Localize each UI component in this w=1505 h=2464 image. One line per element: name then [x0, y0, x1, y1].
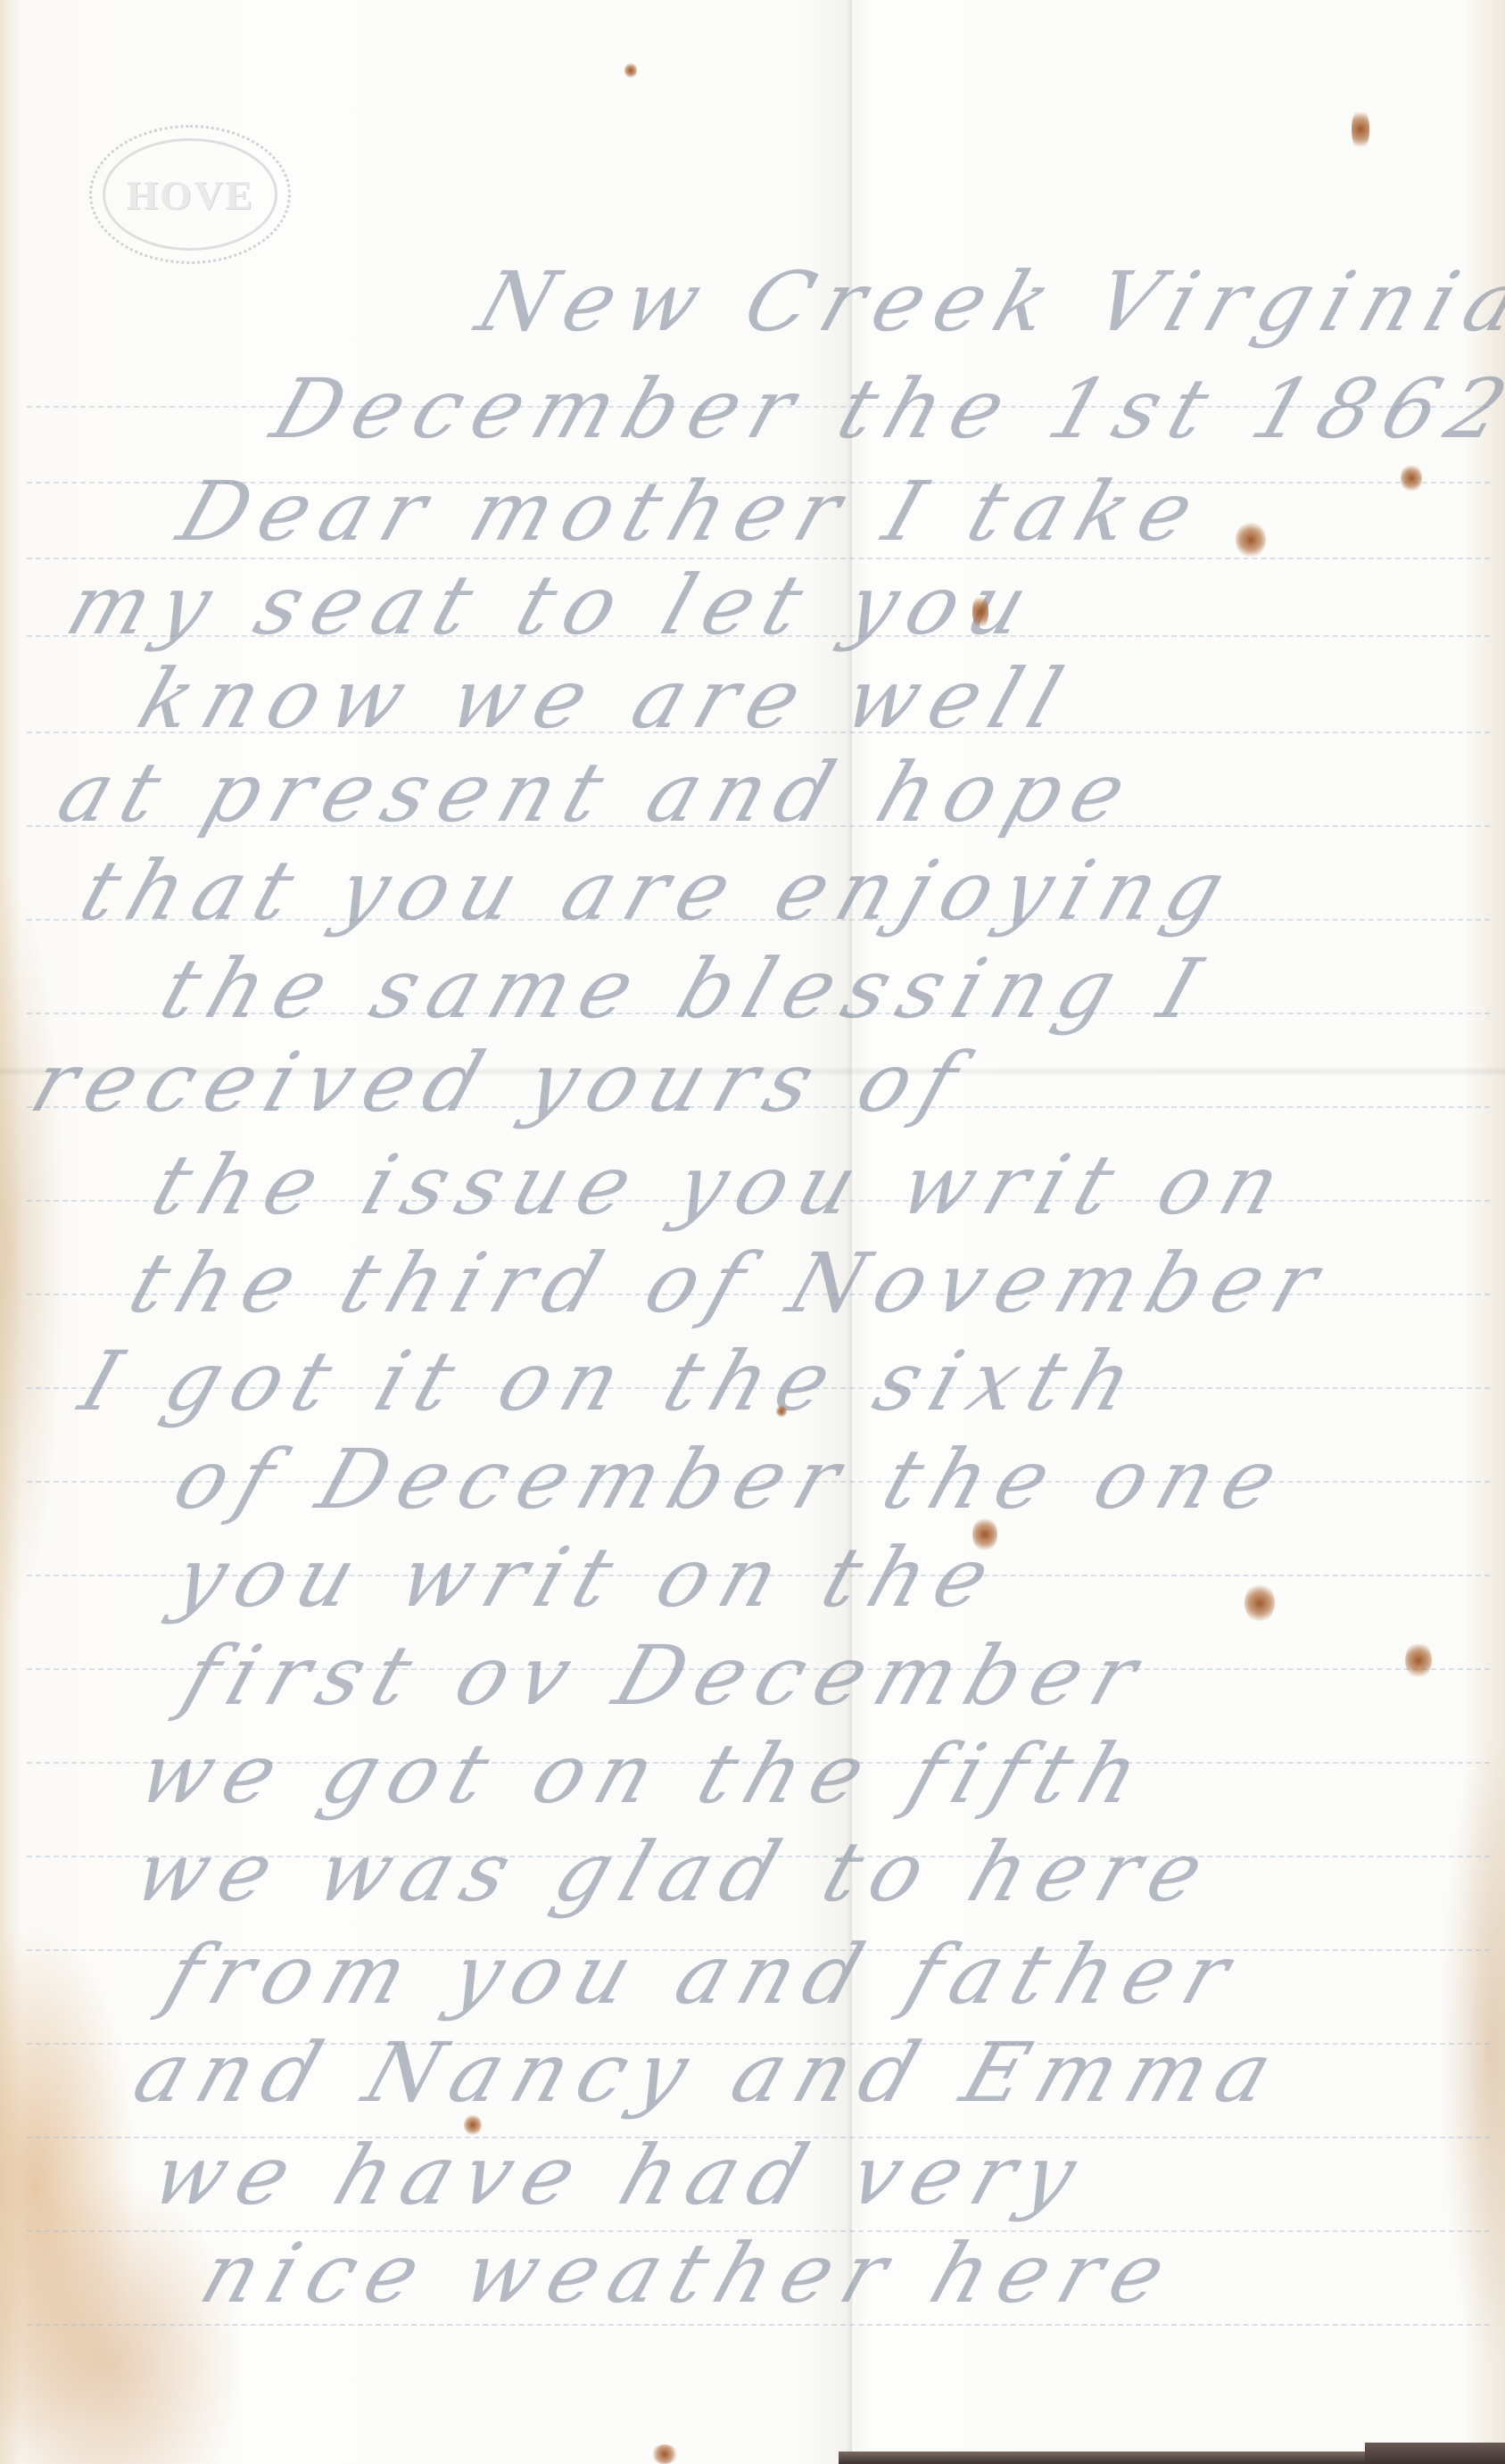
- foxing-stain: [464, 2114, 482, 2136]
- letter-line: we have had very: [141, 2128, 1101, 2223]
- letter-line: know we are well: [128, 651, 1086, 747]
- letter-line: received yours of: [21, 1035, 982, 1130]
- foxing-stain: [1236, 522, 1266, 558]
- letter-line: the third of November: [119, 1236, 1343, 1331]
- letter-line: that you are enjoying: [70, 843, 1249, 938]
- letter-line: you writ on the: [163, 1530, 1014, 1625]
- letter-line: we got on the fifth: [128, 1726, 1163, 1822]
- table-edge: [839, 2452, 1374, 2464]
- foxing-stain: [1401, 464, 1422, 492]
- ruled-line: [27, 2324, 1490, 2326]
- letter-line: of December the one: [163, 1432, 1302, 1527]
- foxing-stain: [972, 593, 988, 631]
- foxing-stain: [776, 1405, 787, 1418]
- letter-line: Dear mother I take: [168, 464, 1218, 559]
- letter-line: the issue you writ on: [141, 1137, 1304, 1233]
- letter-line: from you and father: [154, 1927, 1253, 2022]
- letter-line: at present and hope: [47, 745, 1151, 840]
- foxing-stain: [1405, 1641, 1432, 1679]
- foxing-stain: [1245, 1583, 1275, 1623]
- letter-line: we was glad to here: [123, 1824, 1228, 1920]
- letter-line: I got it on the sixth: [70, 1334, 1157, 1429]
- embossed-stamp: HOVE: [89, 125, 291, 264]
- letter-line: the same blessing I: [150, 941, 1224, 1037]
- foxing-stain: [624, 62, 637, 79]
- letter-place: New Creek Virginia: [467, 254, 1505, 350]
- foxing-stain: [651, 2444, 678, 2464]
- letter-line: my seat to let you: [56, 558, 1052, 653]
- foxing-stain: [1352, 107, 1369, 152]
- table-edge: [1365, 2443, 1505, 2464]
- letter-line: and Nancy and Emma: [123, 2025, 1296, 2121]
- letter-date: December the 1st 1862: [261, 361, 1505, 457]
- letter-line: nice weather here: [190, 2226, 1190, 2321]
- letter-line: first ov December: [172, 1628, 1162, 1724]
- foxing-stain: [972, 1517, 997, 1552]
- stamp-text: HOVE: [103, 138, 277, 251]
